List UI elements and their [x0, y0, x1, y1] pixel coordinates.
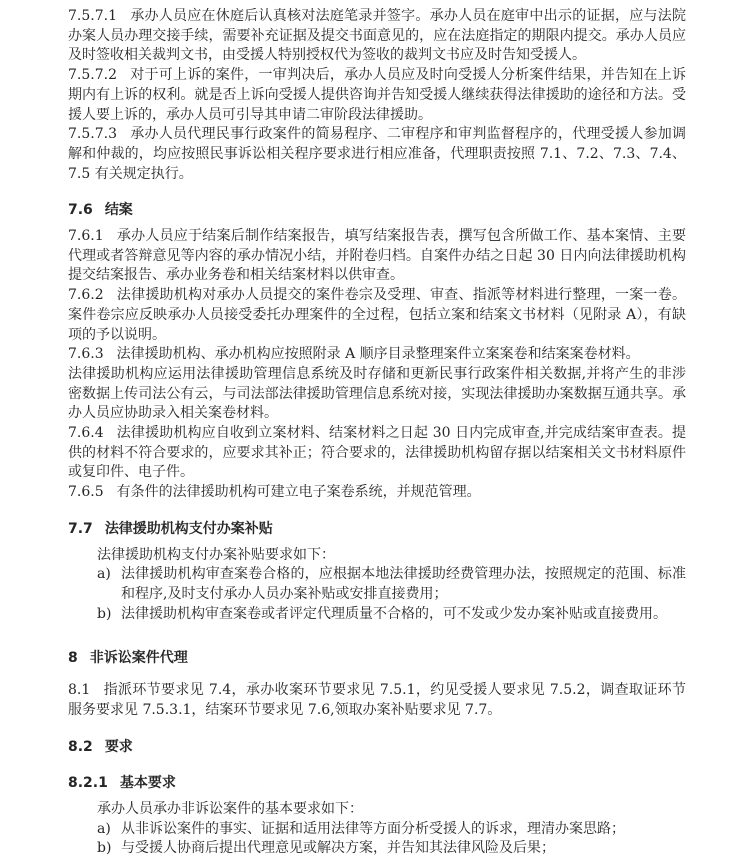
clause-number: 8.1	[68, 682, 90, 698]
heading-number: 8.2.1	[68, 775, 108, 791]
clause-text: 承办人员应在休庭后认真核对法庭笔录并签字。承办人员在庭审中出示的证据，应与法院办…	[68, 8, 686, 63]
list-item-b-subsidy: b)法律援助机构审查案卷或者评定代理质量不合格的，可不发或少发办案补贴或直接费用…	[68, 605, 686, 625]
list-marker: b)	[97, 839, 121, 859]
heading-text: 结案	[105, 202, 133, 218]
heading-text: 要求	[105, 739, 133, 755]
list-item-a-basic: a)从非诉讼案件的事实、证据和适用法律等方面分析受援人的诉求，理清办案思路；	[68, 820, 686, 840]
intro-paragraph-subsidy: 法律援助机构支付办案补贴要求如下：	[68, 546, 686, 566]
clause-text: 有条件的法律援助机构可建立电子案卷系统，并规范管理。	[117, 484, 481, 500]
section-heading-8-2: 8.2要求	[68, 738, 686, 758]
section-heading-7-7: 7.7法律援助机构支付办案补贴	[68, 520, 686, 540]
clause-7-6-1: 7.6.1承办人员应于结案后制作结案报告，填写结案报告表，撰写包含所做工作、基本…	[68, 227, 686, 286]
clause-text: 对于可上诉的案件，一审判决后，承办人员应及时向受援人分析案件结果，并告知在上诉期…	[68, 67, 686, 122]
clause-text: 法律援助机构、承办机构应按照附录 A 顺序目录整理案件立案案卷和结案案卷材料。	[117, 346, 640, 362]
clause-7-5-7-2: 7.5.7.2对于可上诉的案件，一审判决后，承办人员应及时向受援人分析案件结果，…	[68, 66, 686, 125]
clause-7-6-5: 7.6.5有条件的法律援助机构可建立电子案卷系统，并规范管理。	[68, 483, 686, 503]
clause-number: 7.6.1	[68, 228, 104, 244]
list-item-text: 与受援人协商后提出代理意见或解决方案，并告知其法律风险及后果；	[121, 839, 686, 859]
paragraph-text: 法律援助机构应运用法律援助管理信息系统及时存储和更新民事行政案件相关数据,并将产…	[68, 366, 686, 421]
clause-number: 7.5.7.3	[68, 126, 117, 142]
clause-text: 指派环节要求见 7.4，承办收案环节要求见 7.5.1，约见受援人要求见 7.5…	[68, 682, 686, 718]
clause-number: 7.5.7.1	[68, 8, 117, 24]
list-item-b-basic: b)与受援人协商后提出代理意见或解决方案，并告知其法律风险及后果；	[68, 839, 686, 859]
heading-text: 基本要求	[120, 775, 176, 791]
clause-8-1: 8.1指派环节要求见 7.4，承办收案环节要求见 7.5.1，约见受援人要求见 …	[68, 681, 686, 720]
list-marker: a)	[97, 820, 121, 840]
paragraph-information-system: 法律援助机构应运用法律援助管理信息系统及时存储和更新民事行政案件相关数据,并将产…	[68, 365, 686, 424]
list-marker: b)	[97, 605, 121, 625]
clause-7-6-4: 7.6.4法律援助机构应自收到立案材料、结案材料之日起 30 日内完成审查,并完…	[68, 424, 686, 483]
heading-number: 8	[68, 650, 78, 666]
clause-number: 7.6.3	[68, 346, 104, 362]
intro-text: 承办人员承办非诉讼案件的基本要求如下：	[97, 801, 363, 817]
list-item-a-subsidy: a)法律援助机构审查案卷合格的，应根据本地法律援助经费管理办法，按照规定的范围、…	[68, 565, 686, 604]
heading-text: 非诉讼案件代理	[90, 650, 188, 666]
clause-7-6-3: 7.6.3法律援助机构、承办机构应按照附录 A 顺序目录整理案件立案案卷和结案案…	[68, 345, 686, 365]
heading-number: 7.6	[68, 202, 93, 218]
heading-number: 8.2	[68, 739, 93, 755]
clause-number: 7.6.2	[68, 287, 104, 303]
chapter-heading-8: 8非诉讼案件代理	[68, 649, 686, 669]
clause-7-5-7-3: 7.5.7.3承办人员代理民事行政案件的简易程序、二审程序和审判监督程序的，代理…	[68, 125, 686, 184]
list-item-text: 法律援助机构审查案卷或者评定代理质量不合格的，可不发或少发办案补贴或直接费用。	[121, 605, 686, 625]
intro-text: 法律援助机构支付办案补贴要求如下：	[97, 547, 335, 563]
heading-text: 法律援助机构支付办案补贴	[105, 521, 273, 537]
intro-paragraph-basic-requirements: 承办人员承办非诉讼案件的基本要求如下：	[68, 800, 686, 820]
section-heading-7-6: 7.6结案	[68, 201, 686, 221]
list-marker: a)	[97, 565, 121, 604]
clause-number: 7.5.7.2	[68, 67, 117, 83]
document-page: 7.5.7.1承办人员应在休庭后认真核对法庭笔录并签字。承办人员在庭审中出示的证…	[0, 0, 750, 866]
heading-number: 7.7	[68, 521, 93, 537]
clause-number: 7.6.4	[68, 425, 104, 441]
clause-text: 法律援助机构对承办人员提交的案件卷宗及受理、审查、指派等材料进行整理，一案一卷。…	[68, 287, 686, 342]
clause-7-6-2: 7.6.2法律援助机构对承办人员提交的案件卷宗及受理、审查、指派等材料进行整理，…	[68, 286, 686, 345]
clause-number: 7.6.5	[68, 484, 104, 500]
section-heading-8-2-1: 8.2.1基本要求	[68, 774, 686, 794]
clause-text: 法律援助机构应自收到立案材料、结案材料之日起 30 日内完成审查,并完成结案审查…	[68, 425, 686, 480]
list-item-text: 法律援助机构审查案卷合格的，应根据本地法律援助经费管理办法，按照规定的范围、标准…	[121, 565, 686, 604]
clause-7-5-7-1: 7.5.7.1承办人员应在休庭后认真核对法庭笔录并签字。承办人员在庭审中出示的证…	[68, 7, 686, 66]
clause-text: 承办人员代理民事行政案件的简易程序、二审程序和审判监督程序的，代理受援人参加调解…	[68, 126, 686, 181]
list-item-text: 从非诉讼案件的事实、证据和适用法律等方面分析受援人的诉求，理清办案思路；	[121, 820, 686, 840]
clause-text: 承办人员应于结案后制作结案报告，填写结案报告表，撰写包含所做工作、基本案情、主要…	[68, 228, 686, 283]
